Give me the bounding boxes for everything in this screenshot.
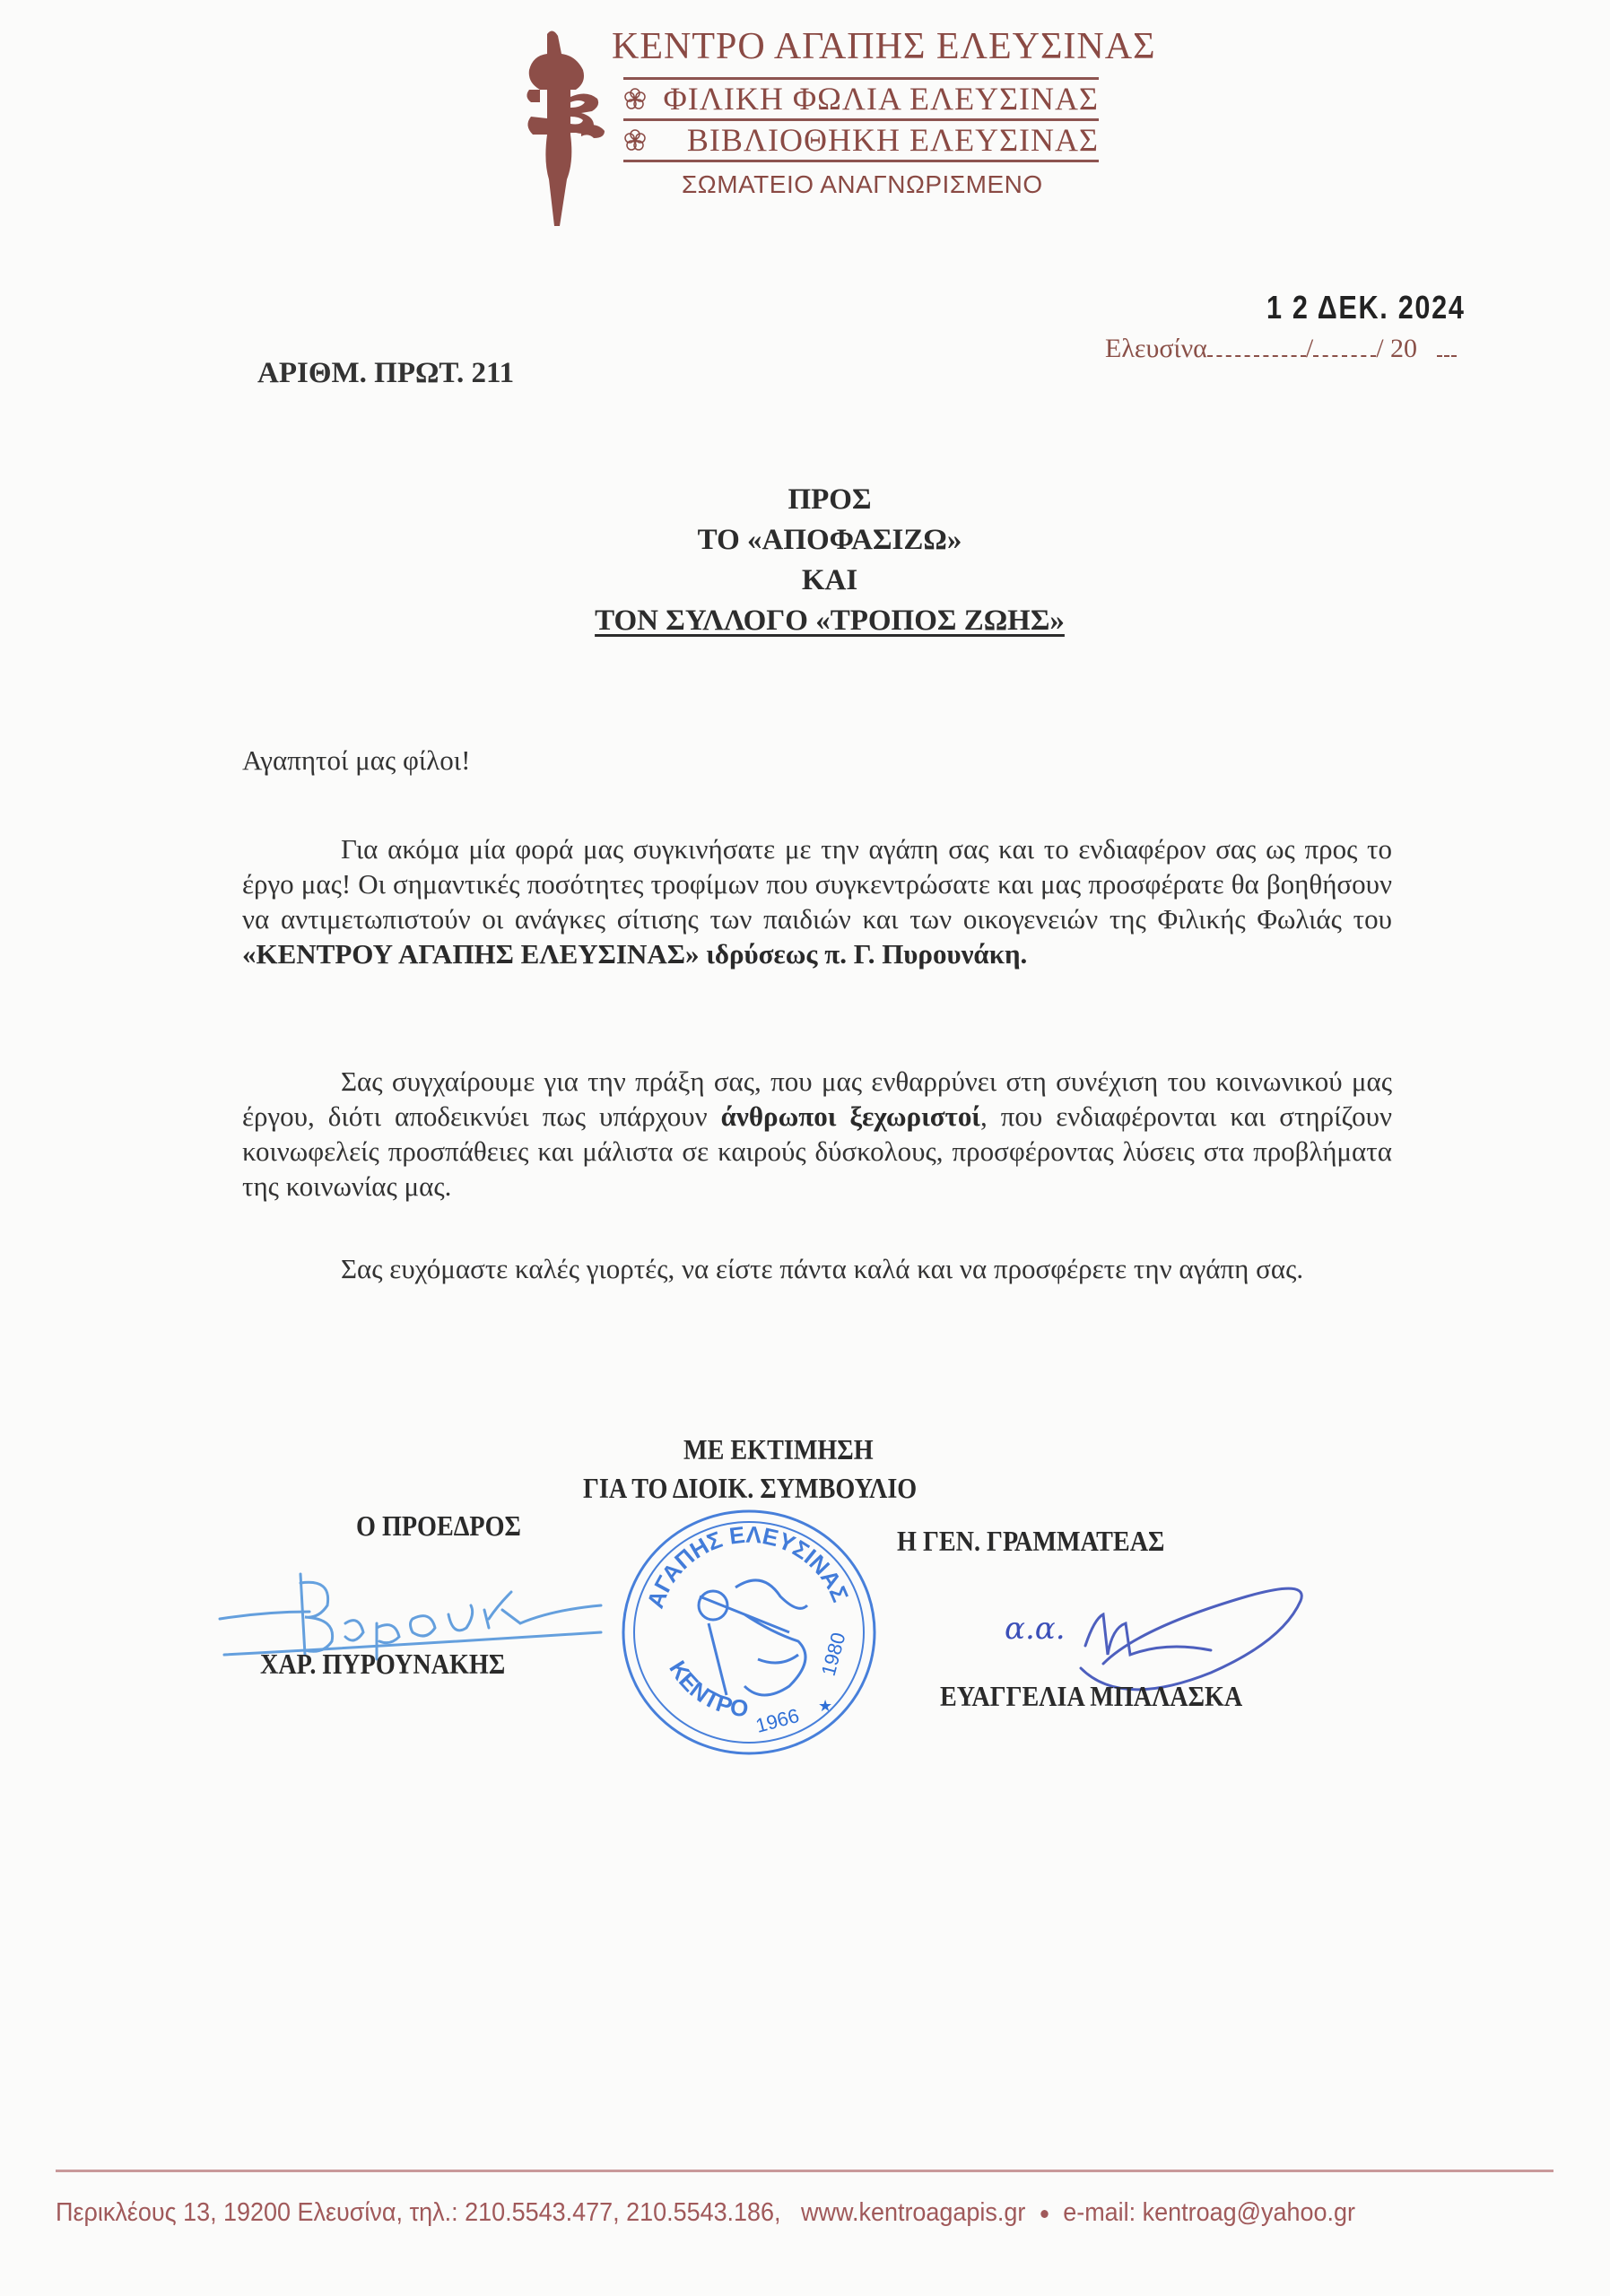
month-blank: [1313, 355, 1376, 357]
letterhead-divider: [623, 160, 1099, 162]
date-stamp: 1 2 ΔΕΚ. 2024: [1266, 289, 1466, 326]
recipient-line: ΠΡΟΣ: [448, 480, 1211, 520]
president-name: ΧΑΡ. ΠΥΡΟΥΝΑΚΗΣ: [260, 1648, 505, 1681]
recipient-line: ΤΟ «ΑΠΟΦΑΣΙΖΩ»: [448, 520, 1211, 561]
bullet-icon: [1040, 2210, 1048, 2218]
protocol-number: ΑΡΙΘΜ. ΠΡΩΤ. 211: [257, 357, 514, 390]
footer-address: Περικλέους 13, 19200 Ελευσίνα, τηλ.: 210…: [56, 2198, 781, 2227]
footer-website-link[interactable]: www.kentroagapis.gr: [801, 2198, 1025, 2227]
footer-email-link[interactable]: e-mail: kentroag@yahoo.gr: [1063, 2198, 1355, 2227]
letterhead-line-2: ΒΙΒΛΙΟΘΗΚΗ ΕΛΕΥΣΙΝΑΣ: [623, 120, 1099, 160]
svg-text:★: ★: [818, 1697, 832, 1715]
secretary-role: Η ΓΕΝ. ΓΡΑΜΜΑΤΕΑΣ: [897, 1525, 1164, 1558]
organization-name: ΚΕΝΤΡΟ ΑΓΑΠΗΣ ΕΛΕΥΣΙΝΑΣ: [612, 25, 1105, 68]
recipient-line: ΚΑΙ: [448, 561, 1211, 601]
recipient-block: ΠΡΟΣ ΤΟ «ΑΠΟΦΑΣΙΖΩ» ΚΑΙ ΤΟΝ ΣΥΛΛΟΓΟ «ΤΡΟ…: [448, 480, 1211, 641]
footer-contact: Περικλέους 13, 19200 Ελευσίνα, τηλ.: 210…: [56, 2198, 1355, 2228]
stamp-year-1: 1966: [753, 1704, 802, 1737]
flower-icon: [623, 87, 647, 110]
footer-divider: [56, 2170, 1553, 2172]
monogram-logo-icon: [504, 27, 621, 229]
place-label: Ελευσίνα: [1105, 334, 1207, 363]
stamp-seal-icon: ΑΓΑΠΗΣ ΕΛΕΥΣΙΝΑΣ ΚΕΝΤΡΟ 1966 1980 ★: [610, 1498, 888, 1767]
svg-text:ΚΕΝΤΡΟ: ΚΕΝΤΡΟ: [664, 1656, 750, 1722]
signature-annotation: α.α.: [1005, 1611, 1066, 1647]
paragraph-1: Για ακόμα μία φορά μας συγκινήσατε με τη…: [242, 831, 1392, 971]
letterhead-line-1: ΦΙΛΙΚΗ ΦΩΛΙΑ ΕΛΕΥΣΙΝΑΣ: [623, 79, 1099, 118]
president-role: Ο ΠΡΟΕΔΡΟΣ: [356, 1509, 521, 1543]
emphasis-text: άνθρωποι ξεχωριστοί: [721, 1100, 980, 1132]
official-stamp: ΑΓΑΠΗΣ ΕΛΕΥΣΙΝΑΣ ΚΕΝΤΡΟ 1966 1980 ★: [610, 1498, 888, 1767]
paragraph-3: Σας ευχόμαστε καλές γιορτές, να είστε πά…: [242, 1251, 1392, 1286]
recipient-line: ΤΟΝ ΣΥΛΛΟΓΟ «ΤΡΟΠΟΣ ΖΩΗΣ»: [448, 601, 1211, 641]
paragraph-1-text: Για ακόμα μία φορά μας συγκινήσατε με τη…: [242, 833, 1392, 935]
organization-logo: [504, 27, 621, 229]
place-date-line: Ελευσίνα// 20: [1105, 334, 1457, 364]
year-prefix: / 20: [1376, 334, 1417, 363]
stamp-bottom-text: ΚΕΝΤΡΟ: [664, 1656, 750, 1722]
stamp-year-2: 1980: [817, 1631, 850, 1679]
paragraph-2: Σας συγχαίρουμε για την πράξη σας, που μ…: [242, 1064, 1392, 1204]
date-separator: /: [1306, 334, 1313, 363]
organization-reference: «ΚΕΝΤΡΟΥ ΑΓΑΠΗΣ ΕΛΕΥΣΙΝΑΣ» ιδρύσεως π. Γ…: [242, 938, 1027, 970]
letterhead-line-1-text: ΦΙΛΙΚΗ ΦΩΛΙΑ ΕΛΕΥΣΙΝΑΣ: [656, 80, 1099, 117]
greeting: Αγαπητοί μας φίλοι!: [242, 743, 1392, 778]
letterhead-line-2-text: ΒΙΒΛΙΟΘΗΚΗ ΕΛΕΥΣΙΝΑΣ: [656, 121, 1099, 159]
year-blank: [1437, 355, 1457, 357]
closing-line-1: ΜΕ ΕΚΤΙΜΗΣΗ: [683, 1433, 874, 1466]
day-blank: [1207, 355, 1306, 357]
organization-subtitle: ΣΩΜΑΤΕΙΟ ΑΝΑΓΝΩΡΙΣΜΕΝΟ: [682, 170, 1043, 199]
flower-icon: [623, 128, 647, 152]
secretary-name: ΕΥΑΓΓΕΛΙΑ ΜΠΑΛΑΣΚΑ: [940, 1680, 1242, 1713]
